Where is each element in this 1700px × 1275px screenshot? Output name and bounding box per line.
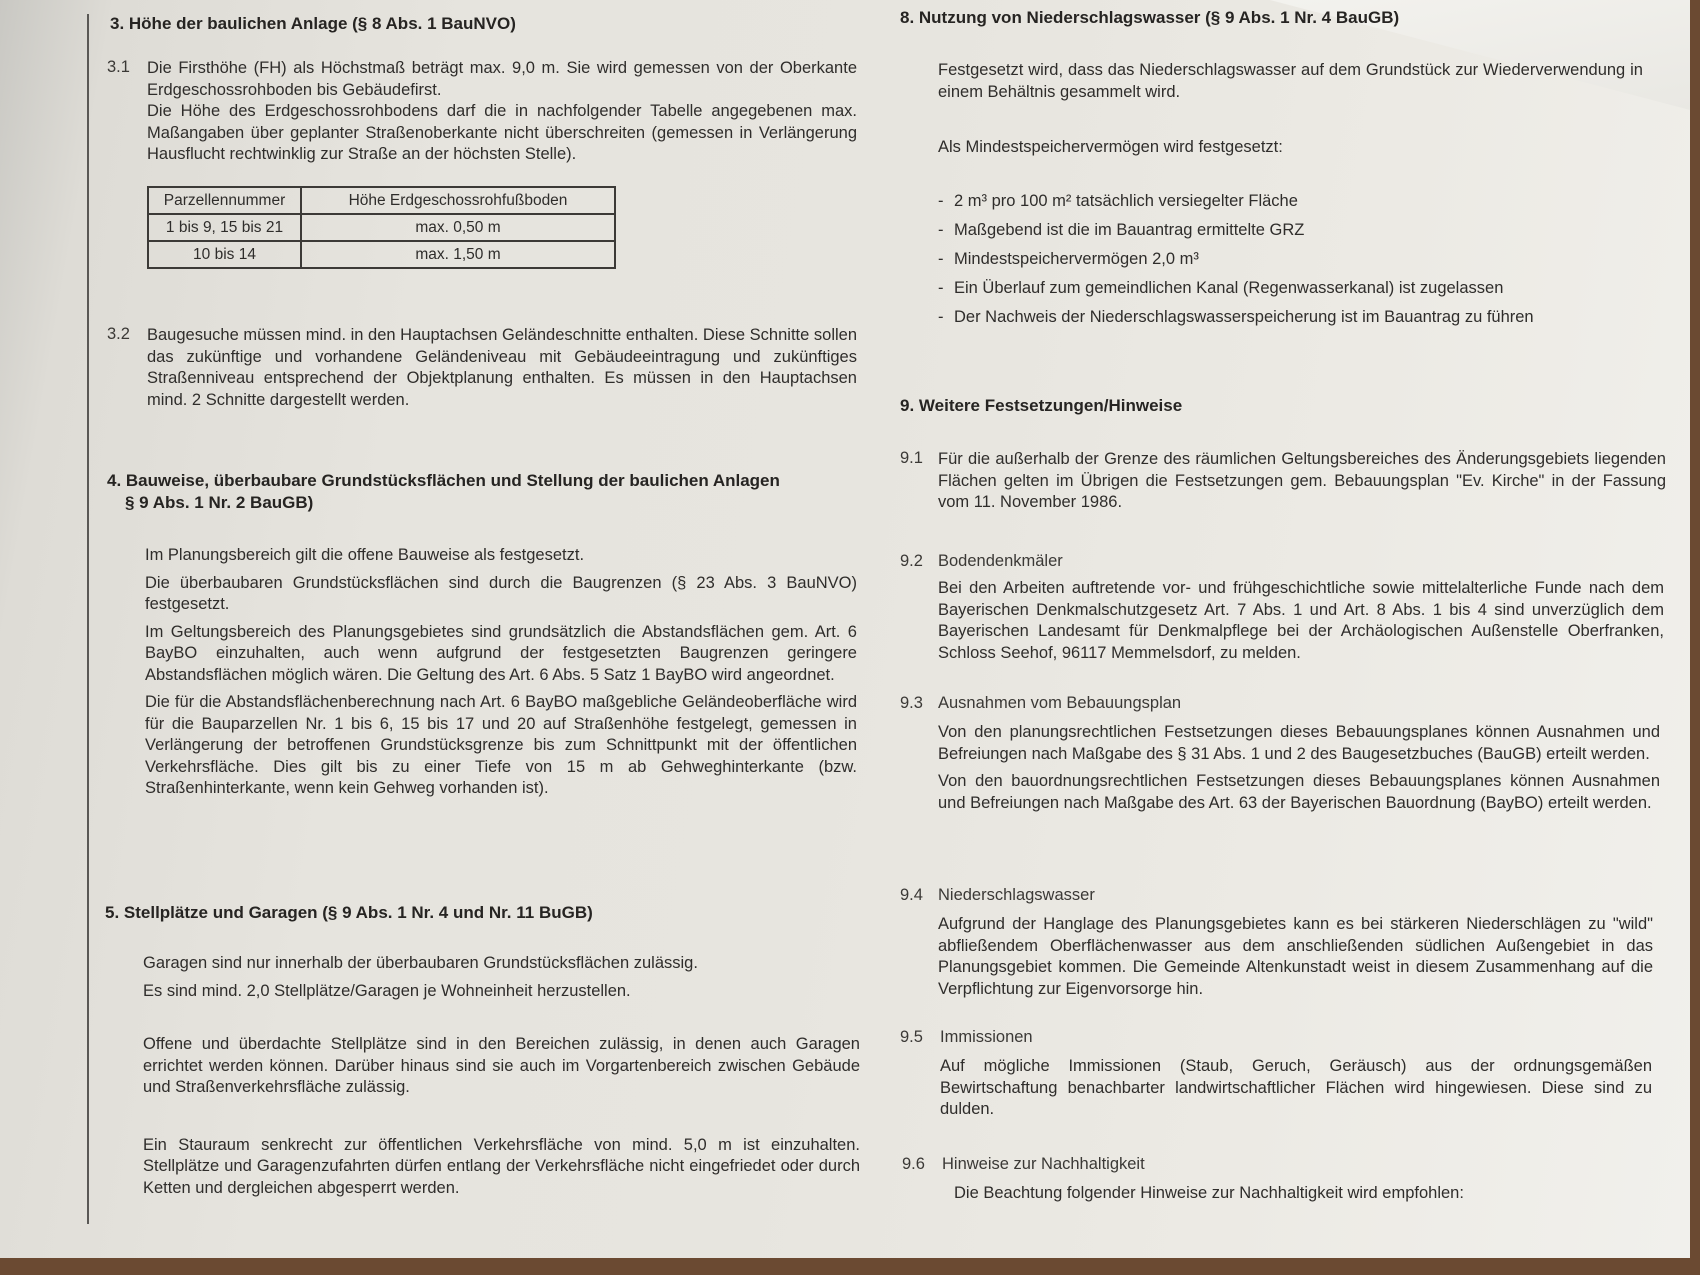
item-3-2: Baugesuche müssen mind. in den Hauptachs… (147, 325, 857, 411)
section-5-heading: 5. Stellplätze und Garagen (§ 9 Abs. 1 N… (105, 903, 593, 923)
item-3-1-text2: Die Höhe des Erdgeschossrohbodens darf d… (147, 101, 857, 166)
paragraph: Als Mindestspeichervermögen wird festges… (938, 137, 1643, 159)
parcel-height-table: Parzellennummer Höhe Erdgeschossrohfußbo… (147, 186, 616, 269)
table-cell: max. 1,50 m (301, 241, 615, 268)
paragraph: Im Planungsbereich gilt die offene Bauwe… (145, 545, 857, 567)
paragraph: Bei den Arbeiten auftretende vor- und fr… (938, 578, 1664, 664)
table-cell: max. 0,50 m (301, 214, 615, 241)
section-8-heading: 8. Nutzung von Niederschlagswasser (§ 9 … (900, 8, 1399, 28)
item-3-1-text: Die Firsthöhe (FH) als Höchstmaß beträgt… (147, 58, 857, 101)
table-header-row: Parzellennummer Höhe Erdgeschossrohfußbo… (148, 187, 615, 214)
table-cell: 10 bis 14 (148, 241, 301, 268)
table-header: Parzellennummer (148, 187, 301, 214)
paragraph: Ein Stauraum senkrecht zur öffentlichen … (143, 1135, 860, 1200)
table-header: Höhe Erdgeschossrohfußboden (301, 187, 615, 214)
item-title: Hinweise zur Nachhaltigkeit (942, 1155, 1145, 1174)
item-3-1: Die Firsthöhe (FH) als Höchstmaß beträgt… (147, 58, 857, 166)
item-9-1: Für die außerhalb der Grenze des räumlic… (938, 449, 1666, 514)
item-9-5: Auf mögliche Immissionen (Staub, Geruch,… (940, 1056, 1652, 1121)
section-9-heading: 9. Weitere Festsetzungen/Hinweise (900, 396, 1182, 416)
list-item: -Ein Überlauf zum gemeindlichen Kanal (R… (938, 274, 1643, 303)
item-number: 9.6 (902, 1155, 925, 1174)
paragraph: Offene und überdachte Stellplätze sind i… (143, 1034, 860, 1099)
list-item: -Maßgebend ist die im Bauantrag ermittel… (938, 216, 1643, 245)
list-item: -Mindestspeichervermögen 2,0 m³ (938, 245, 1643, 274)
paragraph: Im Geltungsbereich des Planungsgebietes … (145, 622, 857, 687)
item-9-2: Bei den Arbeiten auftretende vor- und fr… (938, 578, 1664, 664)
item-title: Immissionen (940, 1028, 1033, 1047)
section-5-body: Garagen sind nur innerhalb der überbauba… (143, 953, 860, 1199)
table-row: 1 bis 9, 15 bis 21 max. 0,50 m (148, 214, 615, 241)
paragraph: Für die außerhalb der Grenze des räumlic… (938, 449, 1666, 514)
item-number: 9.5 (900, 1028, 923, 1047)
paragraph: Die Beachtung folgender Hinweise zur Nac… (954, 1183, 1654, 1205)
item-number: 3.2 (107, 325, 130, 344)
item-3-2-text: Baugesuche müssen mind. in den Hauptachs… (147, 325, 857, 411)
paragraph: Die überbaubaren Grundstücksflächen sind… (145, 573, 857, 616)
section-8-subheading: Als Mindestspeichervermögen wird festges… (938, 137, 1643, 159)
item-number: 9.3 (900, 694, 923, 713)
section-8-intro: Festgesetzt wird, dass das Niederschlags… (938, 60, 1643, 103)
list-item: -2 m³ pro 100 m² tatsächlich versiegelte… (938, 187, 1643, 216)
item-number: 9.4 (900, 886, 923, 905)
paragraph: Von den bauordnungsrechtlichen Festsetzu… (938, 771, 1660, 814)
item-9-3: Von den planungsrechtlichen Festsetzunge… (938, 722, 1660, 814)
item-9-4: Aufgrund der Hanglage des Planungsgebiet… (938, 914, 1653, 1000)
item-9-6: Die Beachtung folgender Hinweise zur Nac… (954, 1183, 1654, 1205)
list-item: -Der Nachweis der Niederschlagswasserspe… (938, 303, 1643, 332)
item-title: Ausnahmen vom Bebauungsplan (938, 694, 1181, 713)
paragraph: Auf mögliche Immissionen (Staub, Geruch,… (940, 1056, 1652, 1121)
table-cell: 1 bis 9, 15 bis 21 (148, 214, 301, 241)
item-number: 9.2 (900, 552, 923, 571)
paragraph: Garagen sind nur innerhalb der überbauba… (143, 953, 860, 975)
paragraph: Es sind mind. 2,0 Stellplätze/Garagen je… (143, 981, 860, 1003)
section-4-heading: 4. Bauweise, überbaubare Grundstücksfläc… (107, 471, 780, 491)
section-4-heading-cont: § 9 Abs. 1 Nr. 2 BauGB) (125, 493, 313, 513)
paragraph: Von den planungsrechtlichen Festsetzunge… (938, 722, 1660, 765)
item-number: 9.1 (900, 449, 923, 468)
item-number: 3.1 (107, 58, 130, 77)
item-title: Niederschlagswasser (938, 886, 1095, 905)
section-3-heading: 3. Höhe der baulichen Anlage (§ 8 Abs. 1… (110, 14, 516, 34)
section-4-body: Im Planungsbereich gilt die offene Bauwe… (145, 545, 857, 800)
document-page: 3. Höhe der baulichen Anlage (§ 8 Abs. 1… (0, 0, 1690, 1258)
item-title: Bodendenkmäler (938, 552, 1063, 571)
table-row: 10 bis 14 max. 1,50 m (148, 241, 615, 268)
paragraph: Festgesetzt wird, dass das Niederschlags… (938, 60, 1643, 103)
storage-requirements-list: -2 m³ pro 100 m² tatsächlich versiegelte… (938, 187, 1643, 332)
paragraph: Aufgrund der Hanglage des Planungsgebiet… (938, 914, 1653, 1000)
margin-line (87, 14, 89, 1224)
paragraph: Die für die Abstandsflächenberechnung na… (145, 692, 857, 800)
